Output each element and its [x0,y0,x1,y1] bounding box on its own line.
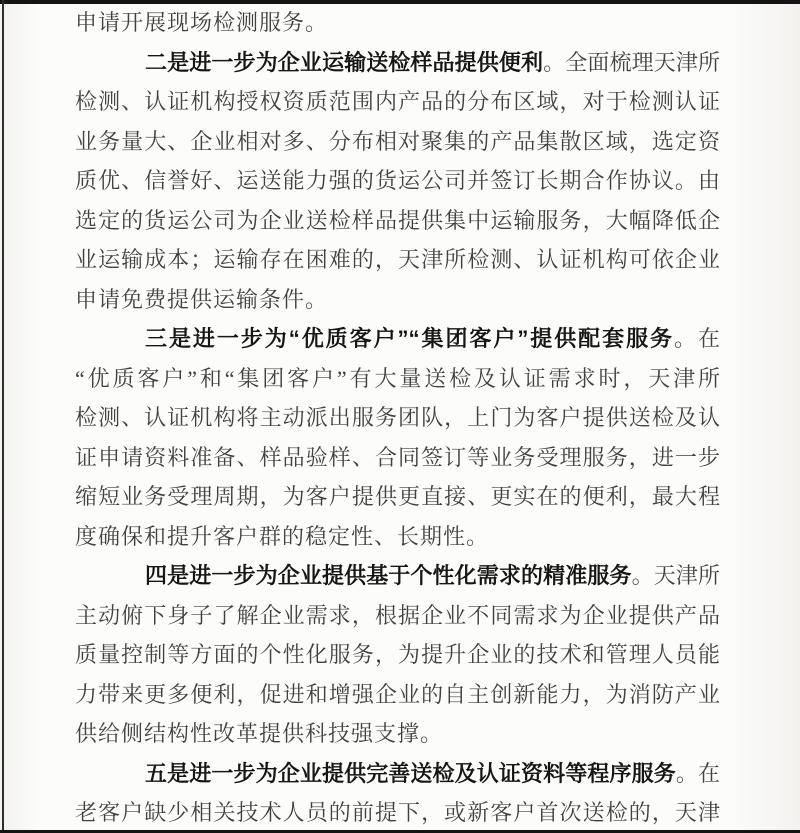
text-line: 检测、认证机构将主动派出服务团队，上门为客户提供送检及认 [75,398,720,438]
text-line: 申请免费提供运输条件。 [75,280,720,320]
body-text: 业务量大、企业相对多、分布相对聚集的产品集散区域，选定资 [75,129,720,154]
body-text: 力带来更多便利，促进和增强企业的自主创新能力，为消防产业 [75,682,720,707]
paragraph: 五是进一步为企业提供完善送检及认证资料等程序服务。在老客户缺少相关技术人员的前提… [75,754,720,833]
text-line: 三是进一步为“优质客户”“集团客户”提供配套服务。在 [75,319,720,359]
text-line: 力带来更多便利，促进和增强企业的自主创新能力，为消防产业 [75,675,720,715]
body-text: 主动俯下身子了解企业需求，根据企业不同需求为企业提供产品 [75,603,720,628]
text-line: 老客户缺少相关技术人员的前提下，或新客户首次送检的，天津 [75,793,720,833]
text-line: 四是进一步为企业提供基于个性化需求的精准服务。天津所 [75,556,720,596]
bold-lead-text: 三是进一步为“优质客户”“集团客户”提供配套服务 [145,326,674,351]
body-text: 。在 [676,761,720,786]
bold-lead-text: 五是进一步为企业提供完善送检及认证资料等程序服务 [145,761,676,786]
text-line: 质量控制等方面的个性化服务，为提升企业的技术和管理人员能 [75,635,720,675]
body-text: 老客户缺少相关技术人员的前提下，或新客户首次送检的，天津 [75,800,720,825]
text-line: 质优、信誉好、运送能力强的货运公司并签订长期合作协议。由 [75,161,720,201]
text-line: 业运输成本；运输存在困难的，天津所检测、认证机构可依企业 [75,240,720,280]
body-text: 检测、认证机构授权资质范围内产品的分布区域，对于检测认证 [75,89,720,114]
bold-lead-text: 四是进一步为企业提供基于个性化需求的精准服务 [145,563,632,588]
bold-lead-text: 二是进一步为企业运输送检样品提供便利 [145,50,543,75]
text-line: 主动俯下身子了解企业需求，根据企业不同需求为企业提供产品 [75,596,720,636]
body-text: 证申请资料准备、样品验样、合同签订等业务受理服务，进一步 [75,445,720,470]
text-line: 选定的货运公司为企业送检样品提供集中运输服务，大幅降低企 [75,201,720,241]
body-text: “优质客户”和“集团客户”有大量送检及认证需求时，天津所 [75,366,720,391]
body-text: 。全面梳理天津所 [543,50,720,75]
document-text: 申请开展现场检测服务。二是进一步为企业运输送检样品提供便利。全面梳理天津所检测、… [75,3,720,833]
text-line: “优质客户”和“集团客户”有大量送检及认证需求时，天津所 [75,359,720,399]
body-text: 度确保和提升客户群的稳定性、长期性。 [75,524,489,549]
body-text: 检测、认证机构将主动派出服务团队，上门为客户提供送检及认 [75,405,720,430]
body-text: 供给侧结构性改革提供科技强支撑。 [75,721,443,746]
text-line: 证申请资料准备、样品验样、合同签订等业务受理服务，进一步 [75,438,720,478]
text-line: 度确保和提升客户群的稳定性、长期性。 [75,517,720,557]
text-line: 二是进一步为企业运输送检样品提供便利。全面梳理天津所 [75,43,720,83]
body-text: 缩短业务受理周期，为客户提供更直接、更实在的便利，最大程 [75,484,720,509]
text-line: 检测、认证机构授权资质范围内产品的分布区域，对于检测认证 [75,82,720,122]
body-text: 。天津所 [632,563,720,588]
body-text: 申请开展现场检测服务。 [75,10,328,35]
body-text: 选定的货运公司为企业送检样品提供集中运输服务，大幅降低企 [75,208,720,233]
body-text: 质优、信誉好、运送能力强的货运公司并签订长期合作协议。由 [75,168,720,193]
paragraph: 二是进一步为企业运输送检样品提供便利。全面梳理天津所检测、认证机构授权资质范围内… [75,43,720,320]
text-line: 业务量大、企业相对多、分布相对聚集的产品集散区域，选定资 [75,122,720,162]
body-text: 。在 [674,326,720,351]
text-line: 申请开展现场检测服务。 [75,3,720,43]
text-line: 缩短业务受理周期，为客户提供更直接、更实在的便利，最大程 [75,477,720,517]
scan-edge-left [2,0,4,833]
paragraph: 申请开展现场检测服务。 [75,3,720,43]
text-line: 五是进一步为企业提供完善送检及认证资料等程序服务。在 [75,754,720,794]
scan-edge-top [0,0,800,4]
paragraph: 四是进一步为企业提供基于个性化需求的精准服务。天津所主动俯下身子了解企业需求，根… [75,556,720,754]
body-text: 质量控制等方面的个性化服务，为提升企业的技术和管理人员能 [75,642,720,667]
document-page: 申请开展现场检测服务。二是进一步为企业运输送检样品提供便利。全面梳理天津所检测、… [0,0,800,833]
body-text: 申请免费提供运输条件。 [75,287,328,312]
text-line: 供给侧结构性改革提供科技强支撑。 [75,714,720,754]
paragraph: 三是进一步为“优质客户”“集团客户”提供配套服务。在“优质客户”和“集团客户”有… [75,319,720,556]
body-text: 业运输成本；运输存在困难的，天津所检测、认证机构可依企业 [75,247,720,272]
